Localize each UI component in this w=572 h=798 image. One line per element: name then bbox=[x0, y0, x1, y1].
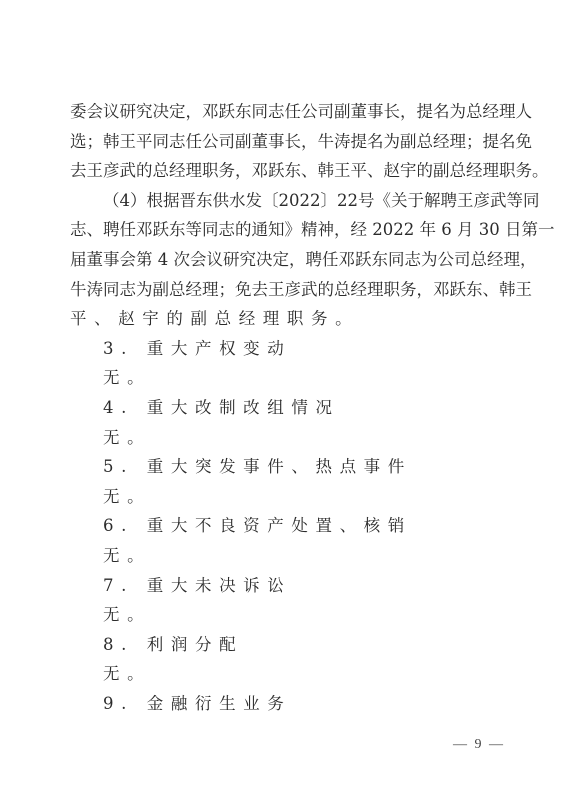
paragraph-line: 委会议研究决定，邓跃东同志任公司副董事长，提名为总经理人 bbox=[70, 97, 504, 127]
paragraph-line: 牛涛同志为副总经理；免去王彦武的总经理职务，邓跃东、韩王 bbox=[70, 275, 504, 305]
paragraph-line: 平、赵宇的副总经理职务。 bbox=[70, 304, 504, 334]
section-content: 无。 bbox=[70, 659, 504, 689]
section-content: 无。 bbox=[70, 363, 504, 393]
document-body: 委会议研究决定，邓跃东同志任公司副董事长，提名为总经理人 选；韩王平同志任公司副… bbox=[70, 97, 504, 718]
section-heading: 9. 金融衍生业务 bbox=[70, 689, 504, 719]
section-heading: 5. 重大突发事件、热点事件 bbox=[70, 452, 504, 482]
paragraph-line: 届董事会第 4 次会议研究决定，聘任邓跃东同志为公司总经理， bbox=[70, 245, 504, 275]
section-heading: 7. 重大未决诉讼 bbox=[70, 571, 504, 601]
section-content: 无。 bbox=[70, 423, 504, 453]
paragraph-line: 去王彦武的总经理职务，邓跃东、韩王平、赵宇的副总经理职务。 bbox=[70, 156, 504, 186]
section-content: 无。 bbox=[70, 600, 504, 630]
section-heading: 4. 重大改制改组情况 bbox=[70, 393, 504, 423]
section-heading: 8. 利润分配 bbox=[70, 630, 504, 660]
paragraph-line: （4）根据晋东供水发〔2022〕22号《关于解聘王彦武等同 bbox=[70, 186, 504, 216]
paragraph-line: 选；韩王平同志任公司副董事长，牛涛提名为副总经理；提名免 bbox=[70, 127, 504, 157]
section-heading: 3. 重大产权变动 bbox=[70, 334, 504, 364]
section-heading: 6. 重大不良资产处置、核销 bbox=[70, 511, 504, 541]
section-content: 无。 bbox=[70, 482, 504, 512]
paragraph-line: 志、聘任邓跃东等同志的通知》精神，经 2022 年 6 月 30 日第一 bbox=[70, 215, 504, 245]
page-number: — 9 — bbox=[453, 737, 505, 753]
section-content: 无。 bbox=[70, 541, 504, 571]
